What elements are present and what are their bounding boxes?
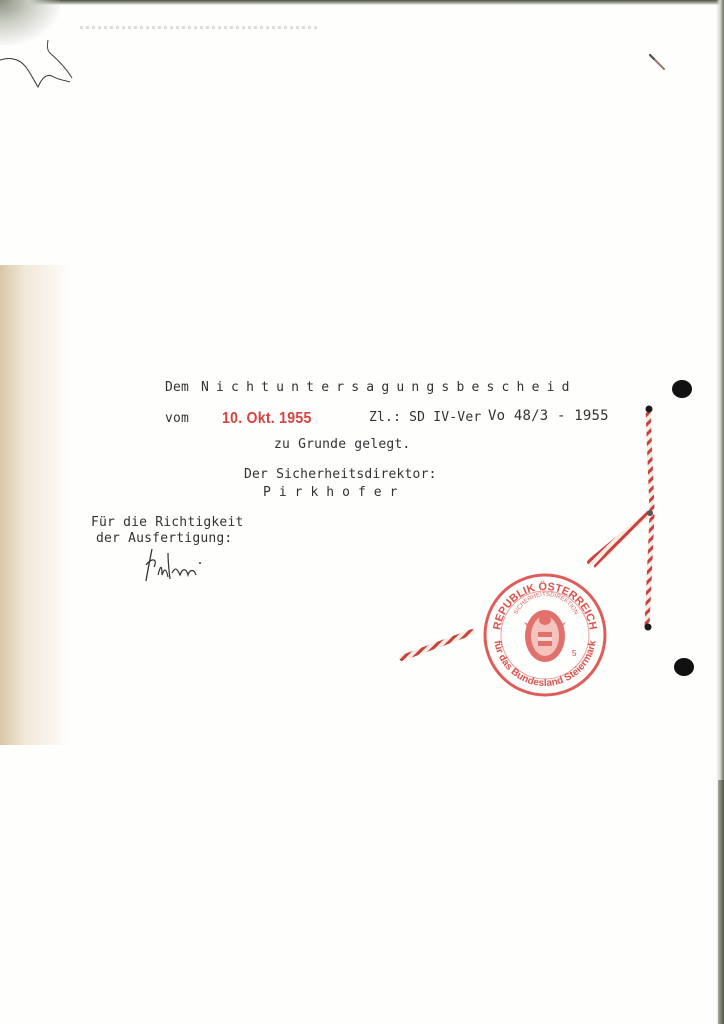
official-seal: REPUBLIK ÖSTERREICH SICHERHEITSDIREKTION… xyxy=(480,570,610,700)
seal-number: 5 xyxy=(572,649,577,658)
binding-string xyxy=(0,0,724,1024)
document-page: Dem Nichtuntersagungsbescheid vom 10. Ok… xyxy=(0,0,724,1024)
eagle-emblem-icon xyxy=(524,610,566,662)
